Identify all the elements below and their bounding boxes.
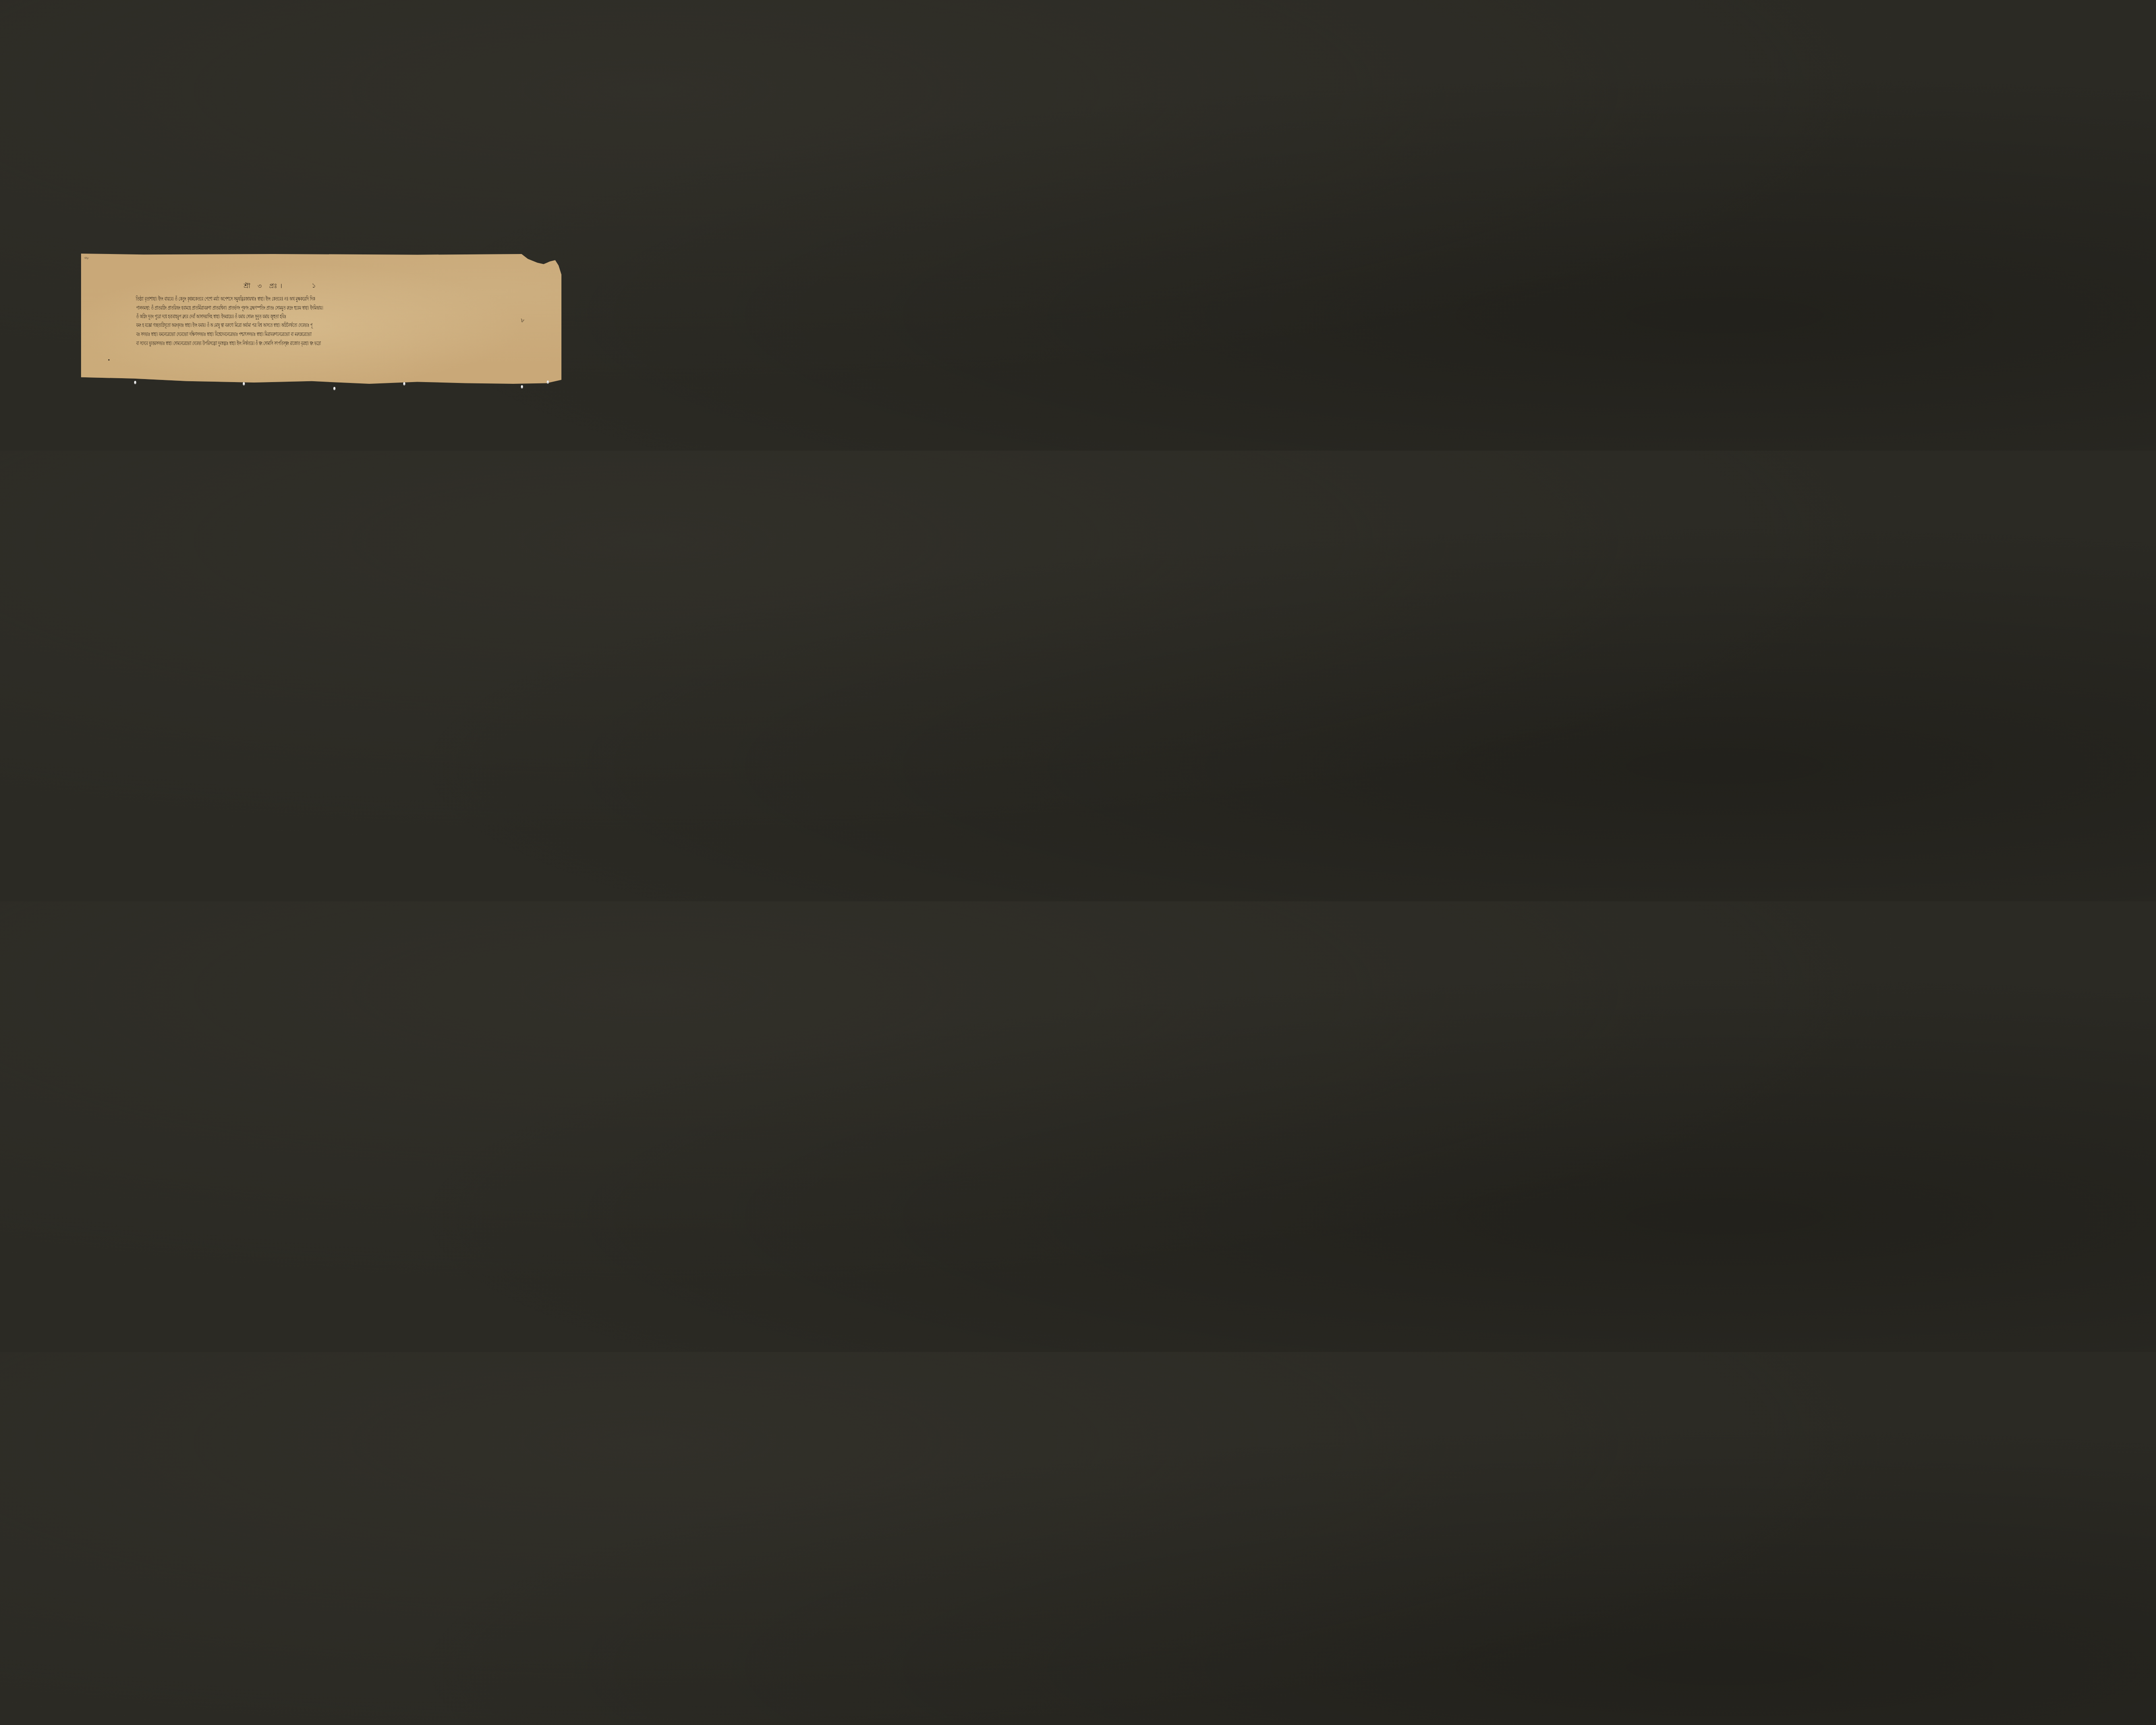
text-line: ওঁ অগ্নিং দূতং পুরো দধে হব্যবাহমুপ ব্রুব…	[136, 314, 286, 320]
margin-number: ৮	[521, 317, 524, 326]
pin-icon	[134, 381, 136, 384]
pin-icon	[333, 387, 335, 390]
manuscript-folio: ৩৮ শ্রী ৩ প্রঃ। ১ ৮ তিষ্ঠ্যা বৃতাশাহা। ই…	[81, 254, 561, 385]
display-board: ৩৮ শ্রী ৩ প্রঃ। ১ ৮ তিষ্ঠ্যা বৃতাশাহা। ই…	[0, 0, 676, 451]
folio-number: ৩৮	[84, 255, 89, 261]
text-line: পালনমস্থা: ওঁ প্রাতরগ্নিং প্রাতরিন্দ্রং …	[136, 305, 323, 311]
text-line: যমং হ যজ্ঞো গচ্ছত্যগ্নিদূতো অরংকৃতঃ স্বা…	[136, 323, 313, 328]
pin-icon	[521, 385, 523, 389]
pin-icon	[243, 382, 245, 386]
ink-speck	[108, 359, 110, 361]
header-mark: ১	[312, 281, 316, 292]
text-line: বা সদেবে ভ্যুত্তরসদভ্যঃ স্বাহা। সোমনেত্র…	[136, 341, 321, 346]
pin-icon	[547, 380, 549, 384]
folio-header: শ্রী ৩ প্রঃ।	[244, 281, 285, 292]
text-line: বঃ সদভ্যঃ স্বাহা। যমনেত্রেভ্যো দেবেভ্যো …	[136, 332, 312, 337]
pin-icon	[403, 382, 405, 386]
text-line: তিষ্ঠ্যা বৃতাশাহা। ইদং বায়বে। ওঁ কেতুং …	[136, 296, 315, 302]
